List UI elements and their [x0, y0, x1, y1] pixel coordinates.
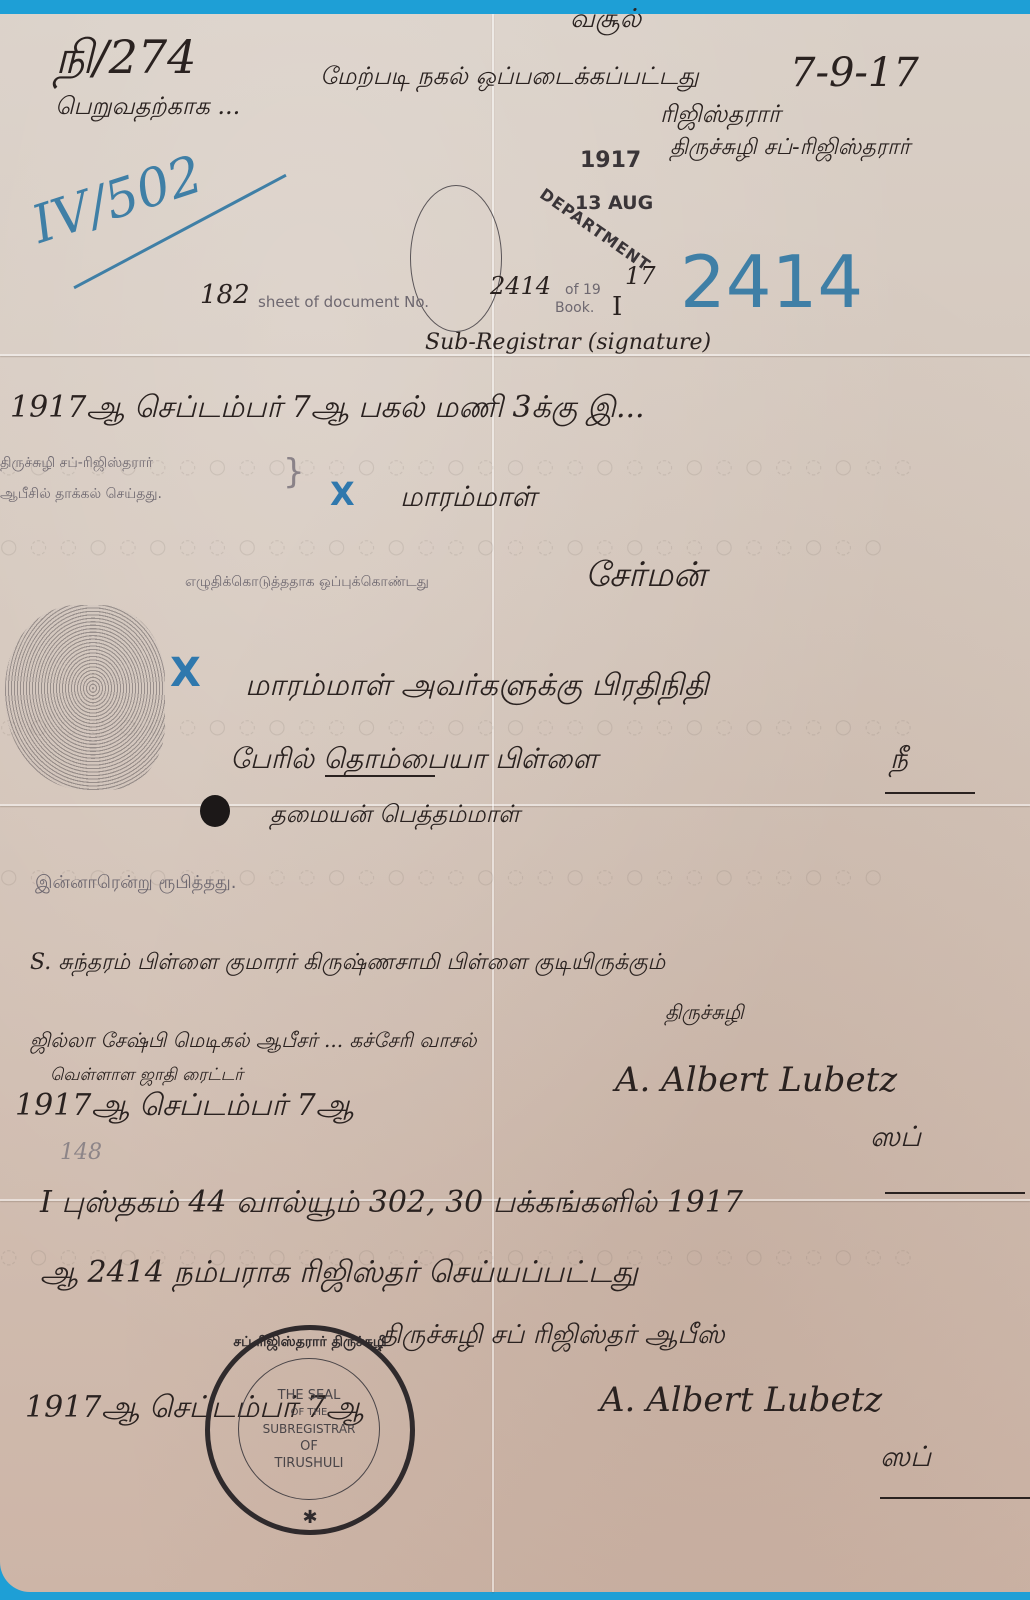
signature-rule — [885, 1192, 1025, 1194]
registration-margin-note: 148 — [60, 1140, 102, 1165]
seal-line-1: THE SEAL — [278, 1387, 341, 1404]
bleed-through-text: ◌ ○ ◌ ◌ ○ ◌ ◌ ○ ◌ ○ ◌ ◌ ○ ◌ ◌ ○ ◌ ○ ◌ ◌ … — [0, 454, 1030, 478]
executant-mark: X — [170, 650, 201, 696]
seal-emblem-icon: ✱ — [210, 1507, 410, 1528]
year-suffix: 17 — [625, 262, 656, 290]
presenter-name: மாரம்மாள் — [400, 480, 537, 517]
document-number: 2414 — [490, 272, 551, 300]
fingerprint-impression — [5, 605, 165, 790]
registration-line-3: திருச்சுழி சப் ரிஜிஸ்தர் ஆபீஸ் — [380, 1320, 725, 1353]
identification-line-1: S. சுந்தரம் பிள்ளை குமாரர் கிருஷ்ணசாமி ப… — [30, 950, 665, 978]
seal-outer-text: சப் ரிஜிஸ்தரார் திருச்சுழி — [210, 1334, 410, 1352]
seal-line-5: TIRUSHULI — [275, 1455, 344, 1472]
ink-blot — [200, 795, 230, 827]
sheet-signature: Sub-Registrar (signature) — [425, 330, 711, 355]
blue-number-right: 2414 — [680, 240, 863, 324]
seal-line-3: SUBREGISTRAR — [263, 1421, 356, 1438]
stamp-day-month: 13 AUG — [575, 192, 653, 214]
printed-book-label: Book. — [555, 300, 594, 316]
identification-line-2: திருச்சுழி — [665, 1000, 744, 1027]
header-line-2: பெறுவதற்காக ... — [55, 92, 240, 123]
subregistrar-seal: சப் ரிஜிஸ்தரார் திருச்சுழி THE SEAL OF T… — [205, 1325, 415, 1535]
header-signature-2: திருச்சுழி சப்-ரிஜிஸ்தரார் — [670, 135, 910, 163]
identification-line-4: வெள்ளாள ஜாதி ரைட்டர் — [50, 1065, 243, 1087]
executant-line-2: பேரில் தொம்பையா பிள்ளை — [230, 742, 598, 779]
header-date: 7-9-17 — [790, 50, 919, 96]
registration-registrar-signature: A. Albert Lubetz — [600, 1380, 882, 1420]
seal-line-4: OF — [300, 1438, 318, 1455]
registration-line-2: ஆ 2414 நம்பராக ரிஜிஸ்தர் செய்யப்பட்டது — [40, 1255, 638, 1294]
seal-inner-ring: THE SEAL OF THE SUBREGISTRAR OF TIRUSHUL… — [238, 1358, 380, 1500]
executant-line-3: தமையன் பெத்தம்மாள் — [270, 800, 520, 831]
header-top-word: வசூல் — [570, 4, 641, 37]
identification-registrar-signature: A. Albert Lubetz — [615, 1060, 897, 1100]
presentation-date-line: 1917ஆ செப்டம்பர் 7ஆ பகல் மணி 3க்கு இ... — [10, 390, 645, 429]
identification-date-line: 1917ஆ செப்டம்பர் 7ஆ — [15, 1088, 354, 1127]
book-number: I — [612, 292, 622, 322]
brace: } — [283, 452, 305, 492]
presentation-printed-label-2: ஆபீசில் தாக்கல் செய்தது. — [0, 486, 162, 504]
presentation-printed-label-1: திருச்சுழி சப்-ரிஜிஸ்தரார் — [0, 455, 153, 473]
bleed-through-text: ○ ◌ ◌ ○ ◌ ○ ◌ ◌ ○ ◌ ◌ ○ ◌ ○ ◌ ◌ ○ ◌ ◌ ○ … — [0, 534, 1030, 558]
printed-sheet-label: sheet of document No. — [258, 293, 429, 311]
header-line-1: மேற்படி நகல் ஒப்படைக்கப்பட்டது — [320, 62, 699, 93]
execution-printed-label: எழுதிக்கொடுத்ததாக ஒப்புக்கொண்டது — [185, 574, 429, 592]
sheet-number: 182 — [200, 280, 250, 310]
seal-line-2: OF THE — [291, 1404, 328, 1421]
stamp-year: 1917 — [580, 148, 641, 173]
signature-rule — [880, 1497, 1030, 1499]
identification-registrar-mark: ஸப் — [870, 1120, 921, 1157]
underline — [325, 775, 435, 777]
executant-line-3-suffix: நீ — [890, 742, 908, 779]
printed-of-label: of 19 — [565, 282, 601, 298]
identification-line-3: ஜில்லா சேஷ்பி மெடிகல் ஆபீசர் ... கச்சேரி… — [30, 1028, 477, 1055]
underline — [885, 792, 975, 794]
identification-printed-label: இன்னாரென்று ரூபித்தது. — [35, 872, 236, 895]
registration-line-1: I புஸ்தகம் 44 வால்யூம் 302, 30 பக்கங்களி… — [40, 1185, 743, 1224]
execution-signature: சேர்மன் — [585, 555, 706, 599]
header-ref-number: நி/274 — [55, 30, 196, 91]
presenter-mark: X — [330, 475, 355, 513]
executant-line-1: மாரம்மாள் அவர்களுக்கு பிரதிநிதி — [245, 668, 709, 707]
header-signature-1: ரிஜிஸ்தரார் — [660, 100, 781, 131]
registration-registrar-mark: ஸப் — [880, 1440, 931, 1477]
